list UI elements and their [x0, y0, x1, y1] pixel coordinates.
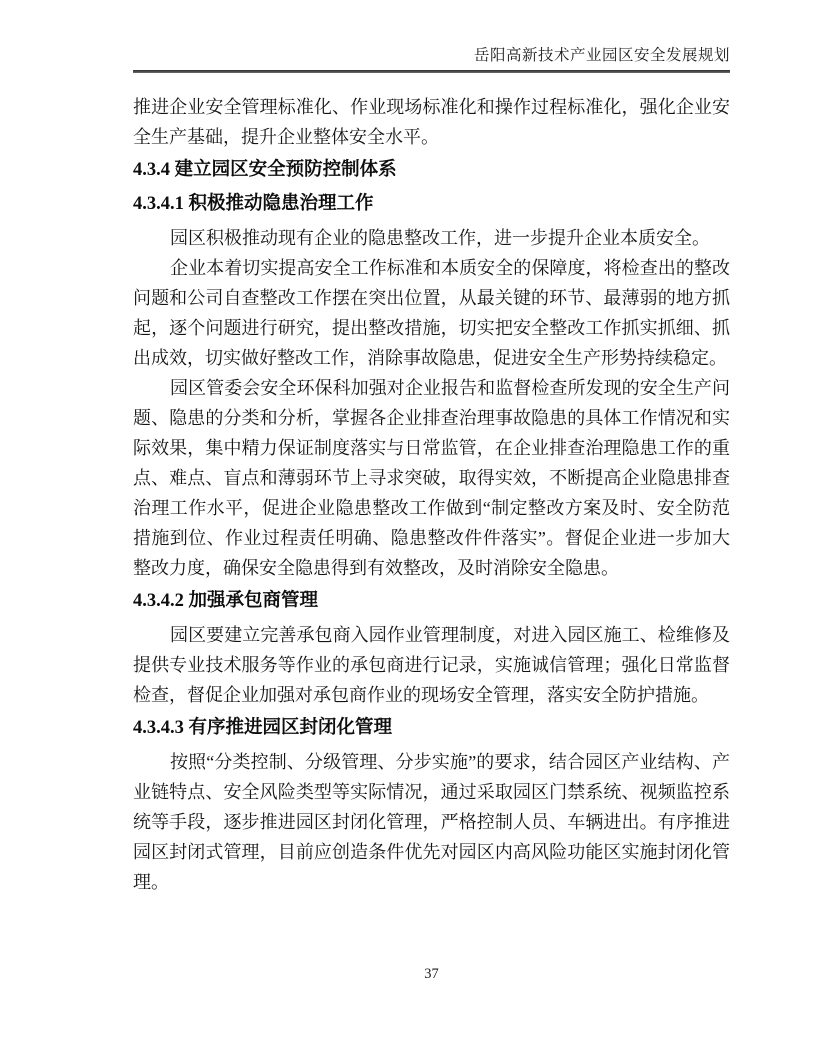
section-heading: 4.3.4.3 有序推进园区封闭化管理: [133, 713, 730, 744]
section-heading: 4.3.4.1 积极推动隐患治理工作: [133, 189, 730, 220]
header-title: 岳阳高新技术产业园区安全发展规划: [133, 46, 730, 66]
document-content: 推进企业安全管理标准化、作业现场标准化和操作过程标准化，强化企业安全生产基础，提…: [133, 92, 730, 897]
body-paragraph: 企业本着切实提高安全工作标准和本质安全的保障度，将检查出的整改问题和公司自查整改…: [133, 253, 730, 373]
header-rule: [133, 70, 730, 73]
body-paragraph: 园区积极推动现有企业的隐患整改工作，进一步提升企业本质安全。: [133, 223, 730, 253]
body-paragraph: 推进企业安全管理标准化、作业现场标准化和操作过程标准化，强化企业安全生产基础，提…: [133, 92, 730, 152]
body-paragraph: 园区要建立完善承包商入园作业管理制度，对进入园区施工、检维修及提供专业技术服务等…: [133, 620, 730, 710]
page-footer: 37: [133, 966, 730, 983]
page-header: 岳阳高新技术产业园区安全发展规划: [133, 46, 730, 73]
page-number: 37: [424, 966, 439, 982]
body-paragraph: 园区管委会安全环保科加强对企业报告和监督检查所发现的安全生产问题、隐患的分类和分…: [133, 373, 730, 583]
section-heading: 4.3.4.2 加强承包商管理: [133, 586, 730, 617]
document-page: 岳阳高新技术产业园区安全发展规划 推进企业安全管理标准化、作业现场标准化和操作过…: [0, 0, 815, 1055]
section-heading: 4.3.4 建立园区安全预防控制体系: [133, 155, 730, 186]
body-paragraph: 按照“分类控制、分级管理、分步实施”的要求，结合园区产业结构、产业链特点、安全风…: [133, 747, 730, 897]
